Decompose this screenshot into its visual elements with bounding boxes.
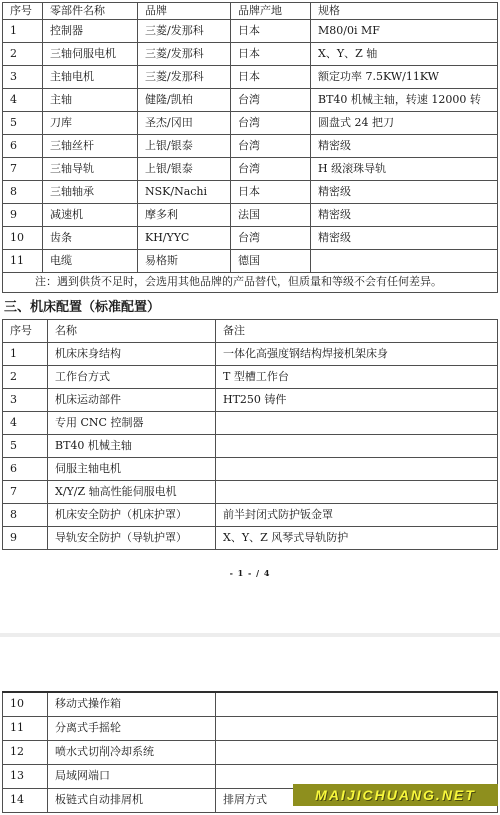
column-header: 序号 xyxy=(3,3,43,20)
table-row: 11电缆易格斯德国 xyxy=(3,250,498,273)
table-cell: 12 xyxy=(3,741,48,765)
table-cell: 前半封闭式防护钣金罩 xyxy=(216,504,498,527)
table-row: 10移动式操作箱 xyxy=(3,692,498,717)
table-cell: 法国 xyxy=(231,204,311,227)
table-cell: 工作台方式 xyxy=(48,366,216,389)
table-cell: 刀库 xyxy=(43,112,138,135)
table-row: 12喷水式切削冷却系统 xyxy=(3,741,498,765)
table-row: 4专用 CNC 控制器 xyxy=(3,412,498,435)
table-cell xyxy=(311,250,498,273)
table-cell: BT40 机械主轴 xyxy=(48,435,216,458)
table-cell: 4 xyxy=(3,412,48,435)
table-cell: T 型槽工作台 xyxy=(216,366,498,389)
table-cell: 4 xyxy=(3,89,43,112)
table-cell xyxy=(216,741,498,765)
table-cell: 5 xyxy=(3,112,43,135)
table-row: 9减速机摩多利法国精密级 xyxy=(3,204,498,227)
table-row: 1机床床身结构一体化高强度钢结构焊接机架床身 xyxy=(3,343,498,366)
table-cell: NSK/Nachi xyxy=(138,181,231,204)
column-header: 备注 xyxy=(216,320,498,343)
table-cell: 圆盘式 24 把刀 xyxy=(311,112,498,135)
table-cell: 1 xyxy=(3,343,48,366)
table-cell: 6 xyxy=(3,458,48,481)
table-cell: 台湾 xyxy=(231,89,311,112)
table-row: 11分离式手摇轮 xyxy=(3,717,498,741)
table-cell: 8 xyxy=(3,181,43,204)
table-cell: 德国 xyxy=(231,250,311,273)
table-row: 4主轴健隆/凯柏台湾BT40 机械主轴，转速 12000 转 xyxy=(3,89,498,112)
table-cell: 额定功率 7.5KW/11KW xyxy=(311,66,498,89)
column-header: 名称 xyxy=(48,320,216,343)
table-cell xyxy=(216,717,498,741)
table-cell: 上银/银泰 xyxy=(138,158,231,181)
table-cell xyxy=(216,412,498,435)
table-cell: 8 xyxy=(3,504,48,527)
column-header: 品牌产地 xyxy=(231,3,311,20)
table-cell: 精密级 xyxy=(311,181,498,204)
table-cell: 7 xyxy=(3,158,43,181)
table-cell: 台湾 xyxy=(231,112,311,135)
page-break-divider xyxy=(0,633,500,637)
table-cell: 13 xyxy=(3,765,48,789)
table-cell: 机床床身结构 xyxy=(48,343,216,366)
table-cell: X、Y、Z 轴 xyxy=(311,43,498,66)
table-cell: 5 xyxy=(3,435,48,458)
table-cell: 机床运动部件 xyxy=(48,389,216,412)
table-cell: 日本 xyxy=(231,20,311,43)
table-cell: X/Y/Z 轴高性能伺服电机 xyxy=(48,481,216,504)
table-row: 3机床运动部件HT250 铸件 xyxy=(3,389,498,412)
table-cell: 主轴 xyxy=(43,89,138,112)
table-cell xyxy=(216,458,498,481)
table-row: 5刀库圣杰/冈田台湾圆盘式 24 把刀 xyxy=(3,112,498,135)
table-cell: 一体化高强度钢结构焊接机架床身 xyxy=(216,343,498,366)
config-table-header-row: 序号 名称 备注 xyxy=(3,320,498,343)
table-row: 2三轴伺服电机三菱/发那科日本X、Y、Z 轴 xyxy=(3,43,498,66)
supply-note: 注：遇到供货不足时，会选用其他品牌的产品替代，但质量和等级不会有任何差异。 xyxy=(3,273,498,293)
table-cell: 2 xyxy=(3,43,43,66)
table-cell: 板链式自动排屑机 xyxy=(48,789,216,813)
table-cell: 三轴丝杆 xyxy=(43,135,138,158)
table-cell: 台湾 xyxy=(231,158,311,181)
table-cell: 喷水式切削冷却系统 xyxy=(48,741,216,765)
table-row: 7三轴导轨上银/银泰台湾H 级滚珠导轨 xyxy=(3,158,498,181)
table-cell: 伺服主轴电机 xyxy=(48,458,216,481)
table-cell: 齿条 xyxy=(43,227,138,250)
table-cell: 局域网端口 xyxy=(48,765,216,789)
table-cell: 台湾 xyxy=(231,227,311,250)
table-cell xyxy=(216,435,498,458)
table-cell: 精密级 xyxy=(311,204,498,227)
table-cell: 主轴电机 xyxy=(43,66,138,89)
table-cell: 专用 CNC 控制器 xyxy=(48,412,216,435)
table-row: 6三轴丝杆上银/银泰台湾精密级 xyxy=(3,135,498,158)
table-cell: 三菱/发那科 xyxy=(138,43,231,66)
table-cell: 减速机 xyxy=(43,204,138,227)
table-cell: 7 xyxy=(3,481,48,504)
table-cell: 10 xyxy=(3,692,48,717)
table-cell: 三轴伺服电机 xyxy=(43,43,138,66)
table-cell: 三菱/发那科 xyxy=(138,66,231,89)
table-cell: 日本 xyxy=(231,43,311,66)
table-cell: 健隆/凯柏 xyxy=(138,89,231,112)
table-cell: 9 xyxy=(3,204,43,227)
table-cell: 精密级 xyxy=(311,135,498,158)
watermark: MAIJICHUANG.NET xyxy=(293,784,498,806)
table-cell: 14 xyxy=(3,789,48,813)
table-row: 6伺服主轴电机 xyxy=(3,458,498,481)
section-title: 三、机床配置（标准配置） xyxy=(4,296,160,315)
table-cell xyxy=(216,481,498,504)
column-header: 品牌 xyxy=(138,3,231,20)
table-row: 2工作台方式T 型槽工作台 xyxy=(3,366,498,389)
column-header: 序号 xyxy=(3,320,48,343)
table-cell: M80/0i MF xyxy=(311,20,498,43)
table-cell: 精密级 xyxy=(311,227,498,250)
table-cell: 三轴导轨 xyxy=(43,158,138,181)
note-row: 注：遇到供货不足时，会选用其他品牌的产品替代，但质量和等级不会有任何差异。 xyxy=(3,273,498,293)
table-cell: X、Y、Z 风琴式导轨防护 xyxy=(216,527,498,550)
table-row: 5BT40 机械主轴 xyxy=(3,435,498,458)
table-row: 9导轨安全防护（导轨护罩）X、Y、Z 风琴式导轨防护 xyxy=(3,527,498,550)
table-cell: 2 xyxy=(3,366,48,389)
parts-table-header-row: 序号 零部件名称 品牌 品牌产地 规格 xyxy=(3,3,498,20)
column-header: 零部件名称 xyxy=(43,3,138,20)
table-row: 8机床安全防护（机床护罩）前半封闭式防护钣金罩 xyxy=(3,504,498,527)
table-cell: 11 xyxy=(3,250,43,273)
table-cell: 6 xyxy=(3,135,43,158)
table-cell: 导轨安全防护（导轨护罩） xyxy=(48,527,216,550)
table-row: 10齿条KH/YYC台湾精密级 xyxy=(3,227,498,250)
table-cell: 机床安全防护（机床护罩） xyxy=(48,504,216,527)
table-row: 8三轴轴承NSK/Nachi日本精密级 xyxy=(3,181,498,204)
parts-table: 序号 零部件名称 品牌 品牌产地 规格 1控制器三菱/发那科日本M80/0i M… xyxy=(2,2,498,293)
table-row: 1控制器三菱/发那科日本M80/0i MF xyxy=(3,20,498,43)
table-row: 7X/Y/Z 轴高性能伺服电机 xyxy=(3,481,498,504)
table-cell: 11 xyxy=(3,717,48,741)
table-cell: HT250 铸件 xyxy=(216,389,498,412)
column-header: 规格 xyxy=(311,3,498,20)
table-cell: 电缆 xyxy=(43,250,138,273)
table-cell: 台湾 xyxy=(231,135,311,158)
table-cell: 分离式手摇轮 xyxy=(48,717,216,741)
table-cell: 日本 xyxy=(231,66,311,89)
table-cell: 易格斯 xyxy=(138,250,231,273)
table-cell: 9 xyxy=(3,527,48,550)
table-cell: H 级滚珠导轨 xyxy=(311,158,498,181)
table-cell: 1 xyxy=(3,20,43,43)
table-cell: 上银/银泰 xyxy=(138,135,231,158)
config-table: 序号 名称 备注 1机床床身结构一体化高强度钢结构焊接机架床身2工作台方式T 型… xyxy=(2,319,498,550)
table-cell: 圣杰/冈田 xyxy=(138,112,231,135)
table-cell: 摩多利 xyxy=(138,204,231,227)
table-cell: KH/YYC xyxy=(138,227,231,250)
table-cell: 移动式操作箱 xyxy=(48,692,216,717)
page-number: - 1 - / 4 xyxy=(0,568,500,578)
table-row: 3主轴电机三菱/发那科日本额定功率 7.5KW/11KW xyxy=(3,66,498,89)
table-cell: BT40 机械主轴，转速 12000 转 xyxy=(311,89,498,112)
table-cell: 三菱/发那科 xyxy=(138,20,231,43)
table-cell: 三轴轴承 xyxy=(43,181,138,204)
table-cell: 控制器 xyxy=(43,20,138,43)
table-cell: 3 xyxy=(3,389,48,412)
table-cell: 10 xyxy=(3,227,43,250)
table-cell xyxy=(216,692,498,717)
table-cell: 日本 xyxy=(231,181,311,204)
table-cell: 3 xyxy=(3,66,43,89)
